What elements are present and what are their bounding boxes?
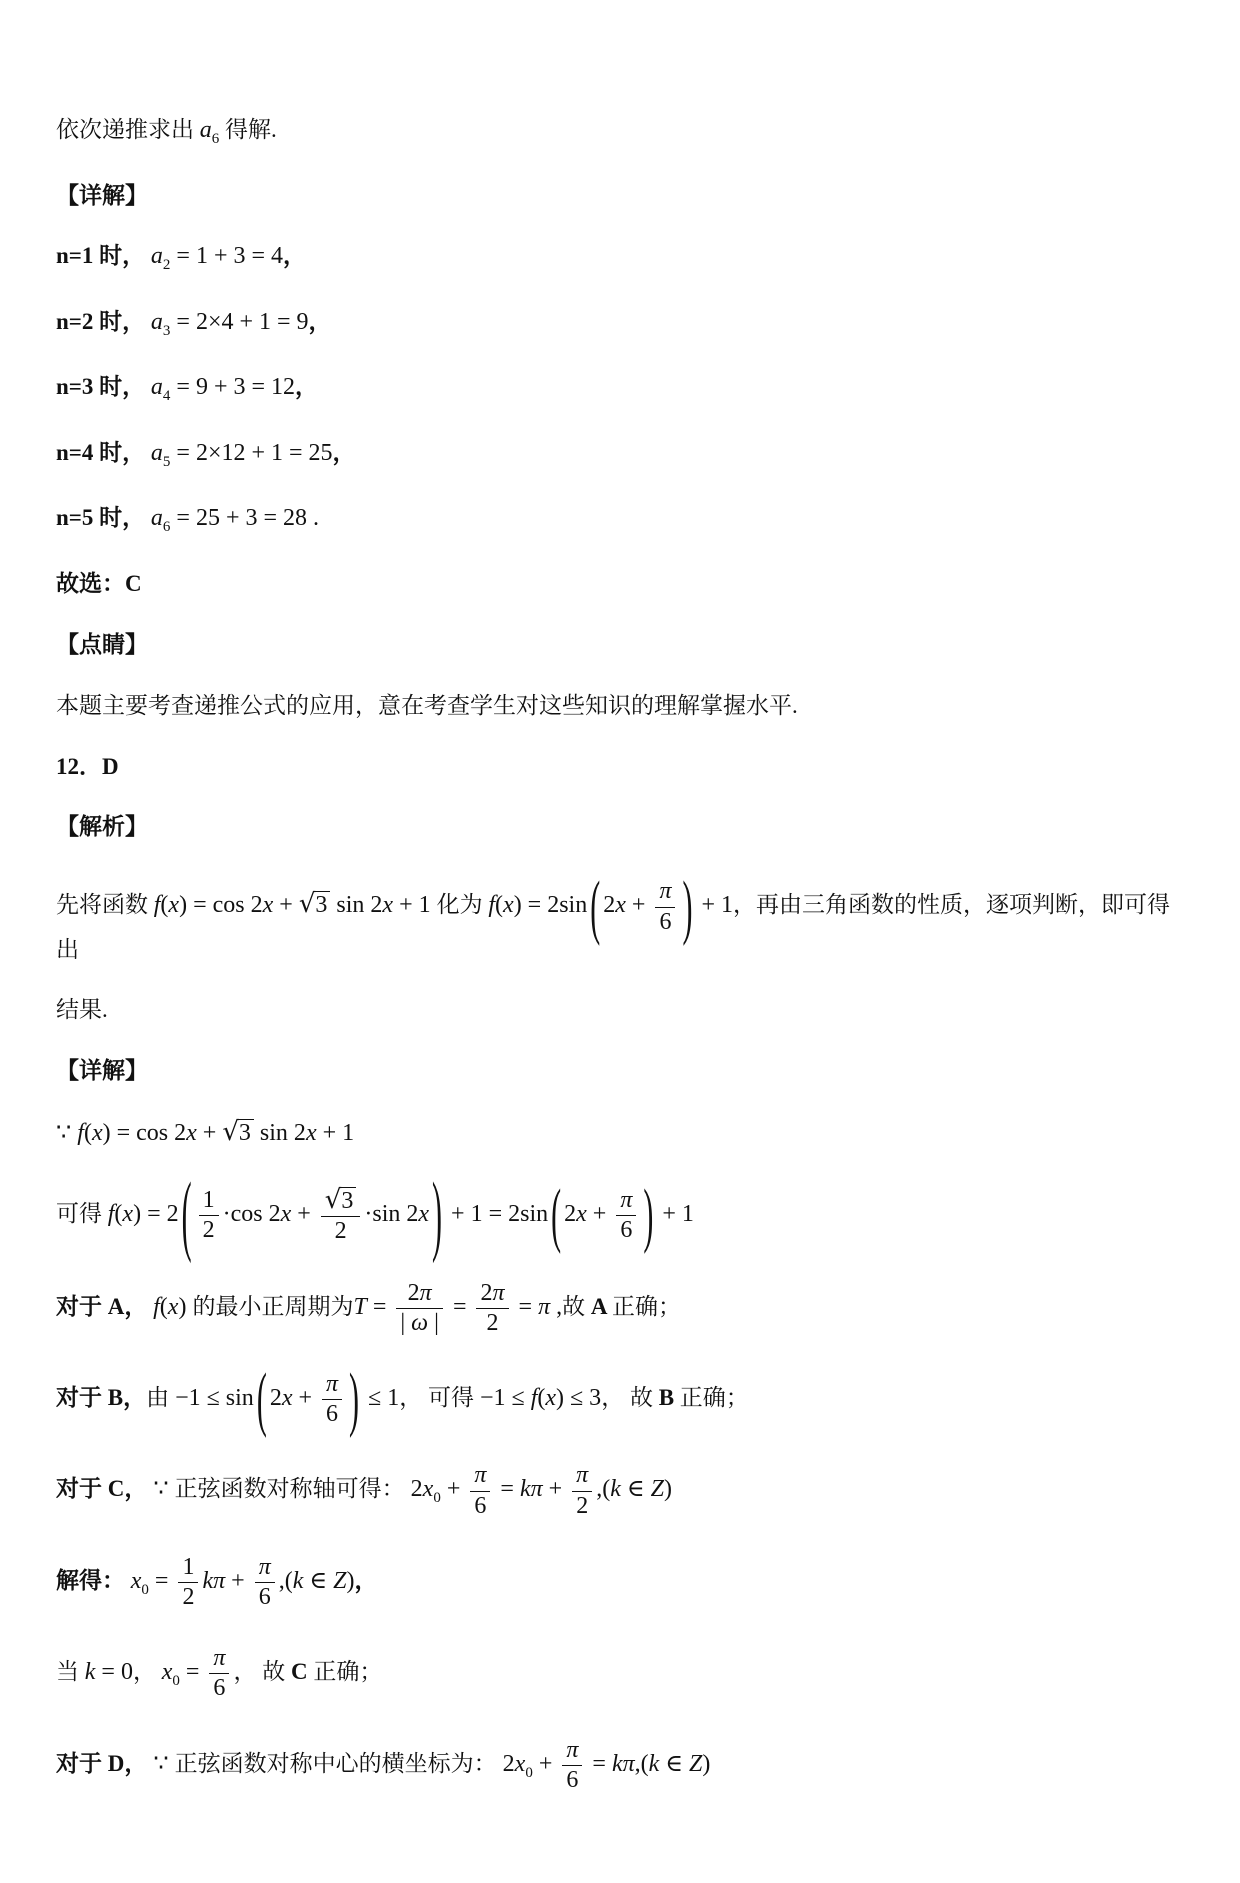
math-text: 2 bbox=[564, 1201, 576, 1227]
math-text: ) = cos 2 bbox=[179, 892, 263, 918]
step-n2: n=2 时， a3 = 2×4 + 1 = 9， bbox=[56, 307, 1180, 342]
math-text: = bbox=[180, 1659, 206, 1685]
chinese-text: 得解. bbox=[219, 117, 277, 142]
math-text: 2 bbox=[408, 1280, 420, 1306]
math-text: + bbox=[291, 1201, 317, 1227]
section-heading: 【详解】 bbox=[56, 1058, 148, 1083]
math-text: 6 bbox=[659, 909, 671, 935]
bold-label: A bbox=[591, 1294, 612, 1319]
math-variable: a bbox=[151, 243, 163, 269]
math-variable: π bbox=[538, 1294, 550, 1320]
math-text: + bbox=[292, 1385, 318, 1411]
fraction: 2π2 bbox=[476, 1281, 508, 1336]
chinese-text: ， 可得 bbox=[399, 1385, 474, 1410]
fraction-denominator: 6 bbox=[470, 1491, 490, 1519]
math-variable: x bbox=[168, 892, 179, 918]
section-heading: 故选：C bbox=[56, 571, 142, 596]
heading-detail-1: 【详解】 bbox=[56, 181, 1180, 211]
math-text: 2 bbox=[335, 1218, 347, 1244]
math-text: + bbox=[273, 892, 299, 918]
radical: √3 bbox=[222, 1116, 254, 1150]
chinese-text: ， bbox=[133, 1659, 162, 1684]
section-heading: 【点睛】 bbox=[56, 632, 148, 657]
chinese-text: 先将函数 bbox=[56, 892, 154, 917]
radical: √3 bbox=[325, 1187, 357, 1214]
math-variable: π bbox=[620, 1187, 632, 1213]
math-text: 6 bbox=[474, 1493, 486, 1519]
math-text: 2 bbox=[480, 1280, 492, 1306]
math-text: −1 ≤ bbox=[474, 1385, 531, 1411]
math-text: 6 bbox=[259, 1584, 271, 1610]
math-text: ) ≤ 3 bbox=[556, 1385, 601, 1411]
line-option-d: 对于 D， ∵ 正弦函数对称中心的横坐标为： 2x0 + π6 = kπ,(k … bbox=[56, 1732, 1180, 1799]
math-variable: π bbox=[420, 1280, 432, 1306]
line-option-a: 对于 A， f(x) 的最小正周期为T = 2π| ω | = 2π2 = π … bbox=[56, 1275, 1180, 1342]
math-text: 3 bbox=[315, 892, 327, 918]
math-variable: k bbox=[610, 1476, 621, 1502]
left-paren: ( bbox=[551, 1184, 561, 1249]
chinese-text: 正确； bbox=[313, 1659, 382, 1684]
fraction: π6 bbox=[655, 879, 675, 934]
fraction: 2π| ω | bbox=[396, 1281, 443, 1336]
math-text: ≤ 1 bbox=[362, 1385, 399, 1411]
fraction: √32 bbox=[321, 1187, 361, 1244]
fraction-numerator: π bbox=[322, 1372, 342, 1399]
fraction-numerator: π bbox=[655, 879, 675, 906]
math-text: = 0 bbox=[95, 1659, 133, 1685]
math-text: ) bbox=[347, 1568, 355, 1594]
math-text: ∈ bbox=[659, 1751, 689, 1777]
math-text: ( bbox=[495, 892, 503, 918]
fraction-numerator: π bbox=[209, 1646, 229, 1673]
math-text: = 2×12 + 1 = 25 bbox=[170, 440, 332, 466]
right-paren: ) bbox=[432, 1175, 442, 1256]
line-kede-transform: 可得 f(x) = 2(12·cos 2x + √32·sin 2x) + 1 … bbox=[56, 1181, 1180, 1250]
math-text: + bbox=[533, 1751, 559, 1777]
fraction: π6 bbox=[209, 1646, 229, 1701]
bold-label: 对于 D， bbox=[56, 1751, 147, 1776]
math-text: ,( bbox=[596, 1476, 610, 1502]
chinese-text: 当 bbox=[56, 1659, 85, 1684]
step-n3: n=3 时， a4 = 9 + 3 = 12， bbox=[56, 372, 1180, 407]
math-text: ,( bbox=[279, 1568, 293, 1594]
chinese-text: 故 bbox=[562, 1294, 591, 1319]
math-text: 2 bbox=[603, 892, 615, 918]
math-variable: T bbox=[353, 1294, 366, 1320]
math-variable: x bbox=[382, 892, 393, 918]
bold-label: 解得： bbox=[56, 1568, 131, 1593]
math-variable: x bbox=[131, 1568, 142, 1594]
fraction-numerator: 1 bbox=[178, 1555, 198, 1582]
fraction-denominator: 2 bbox=[476, 1308, 508, 1336]
heading-analysis: 【解析】 bbox=[56, 812, 1180, 842]
line-analysis-intro: 先将函数 f(x) = cos 2x + √3 sin 2x + 1 化为 f(… bbox=[56, 873, 1180, 970]
math-text: ·cos 2 bbox=[223, 1201, 281, 1227]
fraction-denominator: 2 bbox=[178, 1582, 198, 1610]
math-variable: kπ bbox=[612, 1751, 635, 1777]
bold-label: n=1 时， bbox=[56, 243, 151, 268]
fraction-numerator: π bbox=[616, 1188, 636, 1215]
math-variable: π bbox=[326, 1371, 338, 1397]
fraction-denominator: 6 bbox=[322, 1399, 342, 1427]
bold-label: ， bbox=[283, 243, 306, 268]
math-variable: π bbox=[474, 1462, 486, 1488]
math-variable: k bbox=[85, 1659, 96, 1685]
math-variable: Z bbox=[333, 1568, 346, 1594]
math-text: ) = 2 bbox=[133, 1201, 179, 1227]
fraction: 12 bbox=[178, 1555, 198, 1610]
bold-label: n=2 时， bbox=[56, 309, 151, 334]
math-text: 6 bbox=[566, 1767, 578, 1793]
math-variable: k bbox=[649, 1751, 660, 1777]
math-text: = bbox=[513, 1294, 539, 1320]
math-text: + bbox=[626, 892, 652, 918]
fraction-numerator: 1 bbox=[199, 1188, 219, 1215]
math-text: 2 bbox=[576, 1493, 588, 1519]
chinese-text: 本题主要考查递推公式的应用，意在考查学生对这些知识的理解掌握水平. bbox=[56, 693, 798, 718]
right-paren: ) bbox=[682, 875, 692, 940]
math-variable: π bbox=[576, 1462, 588, 1488]
right-paren: ) bbox=[349, 1367, 359, 1432]
right-paren: ) bbox=[643, 1184, 653, 1249]
math-variable: Z bbox=[651, 1476, 664, 1502]
math-variable: x bbox=[168, 1294, 179, 1320]
bold-label: ， bbox=[333, 440, 356, 465]
math-variable: kπ bbox=[202, 1568, 225, 1594]
math-text: ,( bbox=[635, 1751, 649, 1777]
math-text: = bbox=[494, 1476, 520, 1502]
math-text: + bbox=[441, 1476, 467, 1502]
math-variable: a bbox=[151, 374, 163, 400]
math-text: + bbox=[197, 1120, 223, 1146]
step-n4: n=4 时， a5 = 2×12 + 1 = 25， bbox=[56, 438, 1180, 473]
left-paren: ( bbox=[182, 1175, 192, 1256]
radicand: 3 bbox=[339, 1187, 356, 1214]
math-text: 1 bbox=[182, 1554, 194, 1580]
math-variable: x bbox=[615, 892, 626, 918]
math-text: + bbox=[543, 1476, 569, 1502]
radical: √3 bbox=[299, 888, 331, 922]
bold-label: B bbox=[659, 1385, 680, 1410]
math-text: ) = cos 2 bbox=[103, 1120, 187, 1146]
chinese-text: ， 故 bbox=[233, 1659, 291, 1684]
math-text: + 1 bbox=[695, 892, 733, 918]
section-heading: 【解析】 bbox=[56, 814, 148, 839]
fraction: π6 bbox=[616, 1188, 636, 1243]
subscript: 0 bbox=[433, 1490, 441, 1506]
math-text: ∵ bbox=[147, 1476, 174, 1502]
math-text: + bbox=[225, 1568, 251, 1594]
math-variable: ω bbox=[411, 1310, 428, 1336]
chinese-text: 可得 bbox=[56, 1201, 108, 1226]
fraction: π6 bbox=[470, 1463, 490, 1518]
math-variable: Z bbox=[689, 1751, 702, 1777]
math-text: ·sin 2 bbox=[364, 1201, 418, 1227]
math-text: = 25 + 3 = 28 bbox=[170, 505, 307, 531]
math-text: 2 bbox=[405, 1476, 423, 1502]
math-text: 3 bbox=[239, 1120, 251, 1146]
math-text: 6 bbox=[326, 1401, 338, 1427]
math-variable: a bbox=[151, 505, 163, 531]
subscript: 0 bbox=[172, 1673, 180, 1689]
math-text: ∈ bbox=[303, 1568, 333, 1594]
math-text: | bbox=[428, 1310, 439, 1336]
line-option-c-solve: 解得： x0 = 12kπ + π6,(k ∈ Z)， bbox=[56, 1549, 1180, 1616]
math-text: ( bbox=[84, 1120, 92, 1146]
math-text: + 1 bbox=[656, 1201, 694, 1227]
math-text: ) bbox=[664, 1476, 672, 1502]
chinese-text: 化为 bbox=[437, 892, 489, 917]
math-text: = bbox=[447, 1294, 473, 1320]
math-variable: k bbox=[293, 1568, 304, 1594]
line-recursion-note: 依次递推求出 a6 得解. bbox=[56, 115, 1180, 150]
chinese-text: 正弦函数对称轴可得： bbox=[175, 1476, 405, 1501]
math-text: −1 ≤ sin bbox=[169, 1385, 254, 1411]
heading-highlight: 【点睛】 bbox=[56, 630, 1180, 660]
document-body: 依次递推求出 a6 得解.【详解】n=1 时， a2 = 1 + 3 = 4，n… bbox=[56, 115, 1180, 1799]
chinese-text: 正确； bbox=[680, 1385, 749, 1410]
math-variable: kπ bbox=[520, 1476, 543, 1502]
line-question-12-answer: 12．D bbox=[56, 752, 1180, 782]
math-variable: f bbox=[77, 1120, 84, 1146]
math-variable: f bbox=[153, 1294, 160, 1320]
math-variable: x bbox=[545, 1385, 556, 1411]
fraction-numerator: √3 bbox=[321, 1187, 361, 1216]
math-text: 6 bbox=[213, 1675, 225, 1701]
chinese-text: 依次递推求出 bbox=[56, 117, 200, 142]
bold-label: 对于 A， bbox=[56, 1294, 153, 1319]
math-text: ∵ bbox=[56, 1120, 77, 1146]
fraction: π6 bbox=[255, 1555, 275, 1610]
step-n5: n=5 时， a6 = 25 + 3 = 28 . bbox=[56, 503, 1180, 538]
math-text: 2 bbox=[497, 1751, 515, 1777]
math-text: + 1 = 2sin bbox=[445, 1201, 548, 1227]
math-text: 2 bbox=[270, 1385, 282, 1411]
math-text: + 1 bbox=[317, 1120, 355, 1146]
line-because-fx: ∵ f(x) = cos 2x + √3 sin 2x + 1 bbox=[56, 1116, 1180, 1150]
math-text: + bbox=[587, 1201, 613, 1227]
left-paren: ( bbox=[257, 1367, 267, 1432]
math-text: sin 2 bbox=[254, 1120, 306, 1146]
math-variable: a bbox=[151, 309, 163, 335]
fraction: π2 bbox=[572, 1463, 592, 1518]
chinese-text: 的最小正周期为 bbox=[192, 1294, 353, 1319]
section-heading: 12．D bbox=[56, 754, 119, 779]
left-paren: ( bbox=[590, 875, 600, 940]
line-option-c-k0: 当 k = 0， x0 = π6， 故 C 正确； bbox=[56, 1640, 1180, 1707]
math-variable: x bbox=[423, 1476, 434, 1502]
heading-detail-2: 【详解】 bbox=[56, 1056, 1180, 1086]
math-variable: x bbox=[306, 1120, 317, 1146]
math-variable: π bbox=[492, 1280, 504, 1306]
math-variable: a bbox=[151, 440, 163, 466]
bold-label: C bbox=[291, 1659, 313, 1684]
math-text: 2 bbox=[487, 1310, 499, 1336]
fraction-numerator: π bbox=[255, 1555, 275, 1582]
math-text: ( bbox=[160, 1294, 168, 1320]
math-variable: x bbox=[503, 892, 514, 918]
document-page: 依次递推求出 a6 得解.【详解】n=1 时， a2 = 1 + 3 = 4，n… bbox=[0, 0, 1240, 1883]
radicand: 3 bbox=[313, 891, 330, 918]
line-option-b: 对于 B，由 −1 ≤ sin(2x + π6) ≤ 1， 可得 −1 ≤ f(… bbox=[56, 1366, 1180, 1433]
math-variable: x bbox=[92, 1120, 103, 1146]
math-variable: x bbox=[186, 1120, 197, 1146]
fraction-numerator: 2π bbox=[476, 1281, 508, 1308]
math-variable: x bbox=[576, 1201, 587, 1227]
math-text: ∵ bbox=[147, 1751, 174, 1777]
line-answer-choice-11: 故选：C bbox=[56, 569, 1180, 599]
bold-label: 对于 C， bbox=[56, 1476, 147, 1501]
fraction-denominator: 6 bbox=[209, 1673, 229, 1701]
subscript: 0 bbox=[525, 1765, 533, 1781]
fraction-denominator: | ω | bbox=[396, 1308, 443, 1336]
fraction: π6 bbox=[562, 1738, 582, 1793]
math-text: 2 bbox=[182, 1584, 194, 1610]
math-variable: x bbox=[418, 1201, 429, 1227]
fraction-numerator: 2π bbox=[396, 1281, 443, 1308]
math-variable: π bbox=[213, 1645, 225, 1671]
math-text: 6 bbox=[620, 1217, 632, 1243]
chinese-text: 正确； bbox=[612, 1294, 681, 1319]
math-text: ) bbox=[178, 1294, 192, 1320]
math-text: + 1 bbox=[393, 892, 437, 918]
fraction-numerator: π bbox=[562, 1738, 582, 1765]
math-text: = 9 + 3 = 12 bbox=[170, 374, 295, 400]
math-variable: x bbox=[122, 1201, 133, 1227]
math-text: 3 bbox=[341, 1188, 353, 1214]
bold-label: n=5 时， bbox=[56, 505, 151, 530]
bold-label: 对于 B， bbox=[56, 1385, 146, 1410]
math-text: . bbox=[307, 505, 319, 531]
math-text: ) bbox=[702, 1751, 710, 1777]
math-variable: x bbox=[263, 892, 274, 918]
math-text: = bbox=[586, 1751, 612, 1777]
fraction-denominator: 6 bbox=[255, 1582, 275, 1610]
math-variable: π bbox=[659, 878, 671, 904]
fraction-numerator: π bbox=[470, 1463, 490, 1490]
fraction-numerator: π bbox=[572, 1463, 592, 1490]
chinese-text: 结果. bbox=[56, 997, 108, 1022]
bold-label: n=4 时， bbox=[56, 440, 151, 465]
math-text: | bbox=[400, 1310, 411, 1336]
line-option-c-axis: 对于 C， ∵ 正弦函数对称轴可得： 2x0 + π6 = kπ + π2,(k… bbox=[56, 1457, 1180, 1524]
math-text: = bbox=[149, 1568, 175, 1594]
fraction-denominator: 6 bbox=[562, 1765, 582, 1793]
math-text: , bbox=[550, 1294, 562, 1320]
math-variable: π bbox=[566, 1737, 578, 1763]
step-n1: n=1 时， a2 = 1 + 3 = 4， bbox=[56, 241, 1180, 276]
fraction-denominator: 2 bbox=[199, 1215, 219, 1243]
math-text: 2 bbox=[203, 1217, 215, 1243]
bold-label: ， bbox=[309, 309, 332, 334]
math-variable: x bbox=[282, 1385, 293, 1411]
line-summary: 本题主要考查递推公式的应用，意在考查学生对这些知识的理解掌握水平. bbox=[56, 691, 1180, 721]
math-text: sin 2 bbox=[330, 892, 382, 918]
bold-label: ， bbox=[355, 1568, 378, 1593]
math-text: ∈ bbox=[621, 1476, 651, 1502]
math-variable: a bbox=[200, 117, 212, 143]
fraction-denominator: 2 bbox=[321, 1216, 361, 1244]
math-variable: x bbox=[515, 1751, 526, 1777]
fraction: π6 bbox=[322, 1372, 342, 1427]
math-text: = bbox=[367, 1294, 393, 1320]
fraction: 12 bbox=[199, 1188, 219, 1243]
math-text: 1 bbox=[203, 1187, 215, 1213]
math-text: = 2×4 + 1 = 9 bbox=[170, 309, 308, 335]
math-variable: x bbox=[281, 1201, 292, 1227]
fraction-denominator: 2 bbox=[572, 1491, 592, 1519]
subscript: 0 bbox=[141, 1582, 149, 1598]
math-variable: π bbox=[259, 1554, 271, 1580]
bold-label: n=3 时， bbox=[56, 374, 151, 399]
fraction-denominator: 6 bbox=[655, 907, 675, 935]
math-text: ) = 2sin bbox=[514, 892, 588, 918]
fraction-denominator: 6 bbox=[616, 1215, 636, 1243]
radicand: 3 bbox=[237, 1119, 254, 1146]
chinese-text: 正弦函数对称中心的横坐标为： bbox=[175, 1751, 497, 1776]
chinese-text: ， 故 bbox=[601, 1385, 659, 1410]
section-heading: 【详解】 bbox=[56, 183, 148, 208]
math-variable: x bbox=[162, 1659, 173, 1685]
bold-label: ， bbox=[295, 374, 318, 399]
chinese-text: 由 bbox=[146, 1385, 169, 1410]
math-text: = 1 + 3 = 4 bbox=[170, 243, 283, 269]
line-analysis-result: 结果. bbox=[56, 995, 1180, 1025]
